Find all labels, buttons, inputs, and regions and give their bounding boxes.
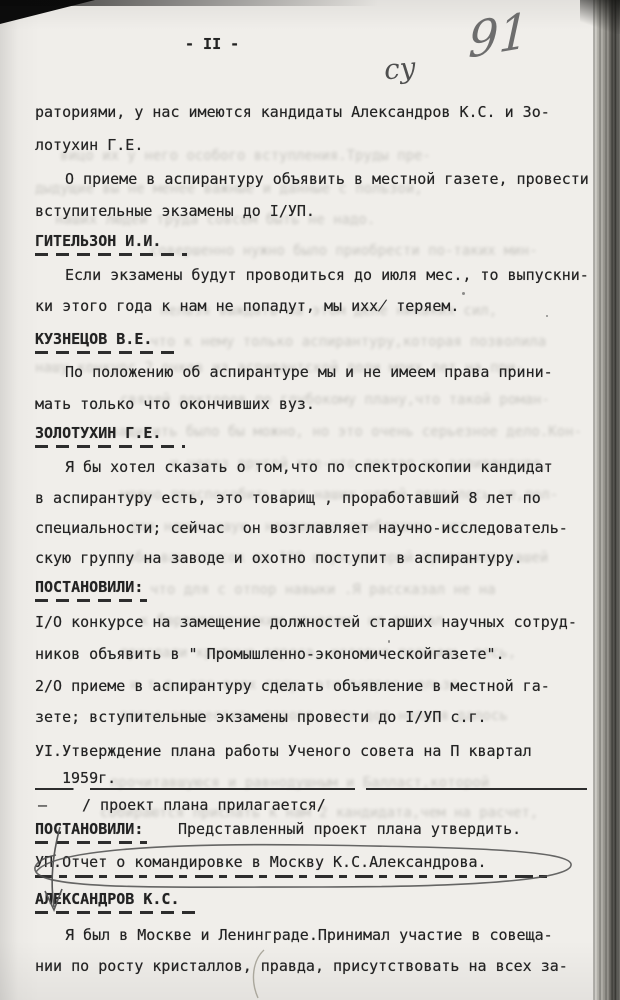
page-number: - II - [185,35,239,53]
typed-line: Представленный проект плана утвердить. [178,820,521,838]
bleedthrough-line: защитить было бы можно, но это очень сер… [110,424,582,440]
typed-line: Если экзамены будут проводиться до июля … [65,266,589,284]
book-page-edge [593,0,620,1000]
ink-speck [388,640,390,643]
dash-underline [35,599,147,602]
typed-line: Я бы хотел сказать о том,что по спектрос… [65,458,553,476]
speaker-name: ЗОЛОТУХИН Г.Е. [35,424,161,442]
attachment-note: / проект плана прилагается/ [82,796,326,814]
ink-speck [546,315,548,317]
ink-speck [462,292,465,295]
typed-rule-line [35,788,587,790]
typed-line: I/О конкурсе на замещение должностей ста… [35,613,577,631]
scanned-document-page: вицо их у него особого вступления.Труды … [0,0,620,1000]
typed-line: — [38,796,47,814]
typed-line: Я был в Москве и Ленинграде.Принимал уча… [65,926,553,944]
typed-line: зете; вступительные экзамены провести до… [35,708,487,726]
typed-line: 2/О приеме в аспирантуру сделать объявле… [35,677,550,695]
typed-line: в аспирантуру есть, это товарищ , прораб… [35,489,541,507]
scan-top-edge-shadow [0,0,420,6]
typed-line: нии по росту кристаллов, правда, присутс… [35,957,568,975]
typed-line: лотухин Г.Е. [35,136,143,154]
hand-drawn-circle [22,840,582,892]
dash-underline [35,253,187,256]
bleedthrough-line: что для с отпор навыки .Я рассказал не н… [150,582,496,598]
typed-line: скую группу на заводе и охотно поступит … [35,549,523,567]
typed-line: мать только что окончивших вуз. [35,395,315,413]
speaker-name: ГИТЕЛЬЗОН И.И. [35,232,161,250]
typed-line: специальности; сейчас он возглавляет нау… [35,519,568,537]
typed-line: ки этого года к нам не попадут, мы ихх̸ … [35,297,459,315]
speaker-name: КУЗНЕЦОВ В.Е. [35,330,152,348]
typed-line: вступительные экзамены до I/УП. [35,202,315,220]
dash-underline [35,445,185,448]
typed-line: раториями, у нас имеются кандидаты Алекс… [35,103,550,121]
typed-line: ников объявить в " Промышленно-экономиче… [35,645,505,663]
bleedthrough-line: совершенно нужно было приобрести по-таки… [150,243,538,259]
dash-underline [35,351,177,354]
typed-line: 1959г. [62,769,116,787]
bleedthrough-line: что к нему только аспирантуру,которая по… [150,334,546,350]
handwritten-archive-number: 91 [467,2,529,70]
handwritten-initials: су [383,51,418,87]
typed-line: По положению об аспирантуре мы и не имее… [65,363,553,381]
book-page-edge-shadow [580,0,620,34]
typed-line: О приеме в аспирантуру объявить в местно… [65,170,589,188]
margin-arrow-icon [36,823,80,923]
resolution-heading: ПОСТАНОВИЛИ: [35,578,143,596]
agenda-item-vi: УІ.Утверждение плана работы Ученого сове… [35,742,532,760]
stray-pen-mark [228,948,288,1000]
